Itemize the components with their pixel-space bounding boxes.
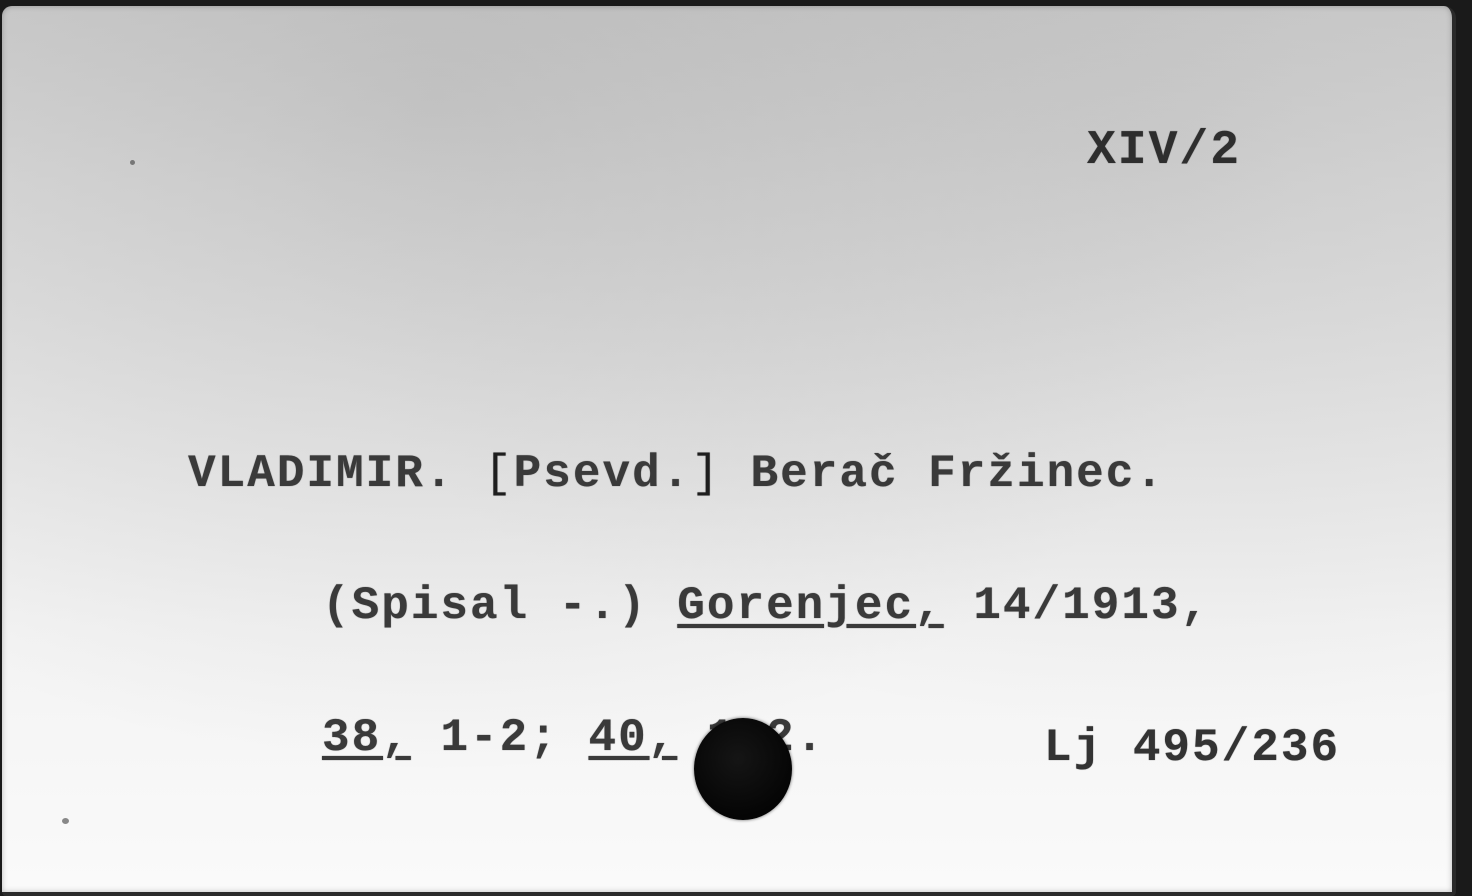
call-number: Lj 495/236 [1044,722,1340,774]
author-name: VLADIMIR. [188,448,454,500]
issue-number-b: 40, [588,712,677,764]
journal-issue: 14/1913, [973,580,1210,632]
entry-line-1: VLADIMIR. [Psevd.] Berač Fržinec. [188,452,1210,496]
pseudonym-label: Psevd. [514,448,692,500]
issue-number-a: 38, [322,712,411,764]
work-title: Berač Fržinec. [751,448,1165,500]
journal-name: Gorenjec, [677,580,943,632]
paper-speck [62,818,69,824]
pages-a: 1-2; [440,712,558,764]
punch-hole [694,718,792,820]
author-note: (Spisal -.) [322,580,648,632]
shelf-mark: XIV/2 [1087,124,1241,178]
catalog-card: XIV/2 VLADIMIR. [Psevd.] Berač Fržinec. … [2,6,1456,896]
paper-speck [130,160,135,165]
bracket-open: [ [484,448,514,500]
entry-line-2: (Spisal -.) Gorenjec, 14/1913, [188,584,1210,628]
bracket-close: ] [691,448,721,500]
